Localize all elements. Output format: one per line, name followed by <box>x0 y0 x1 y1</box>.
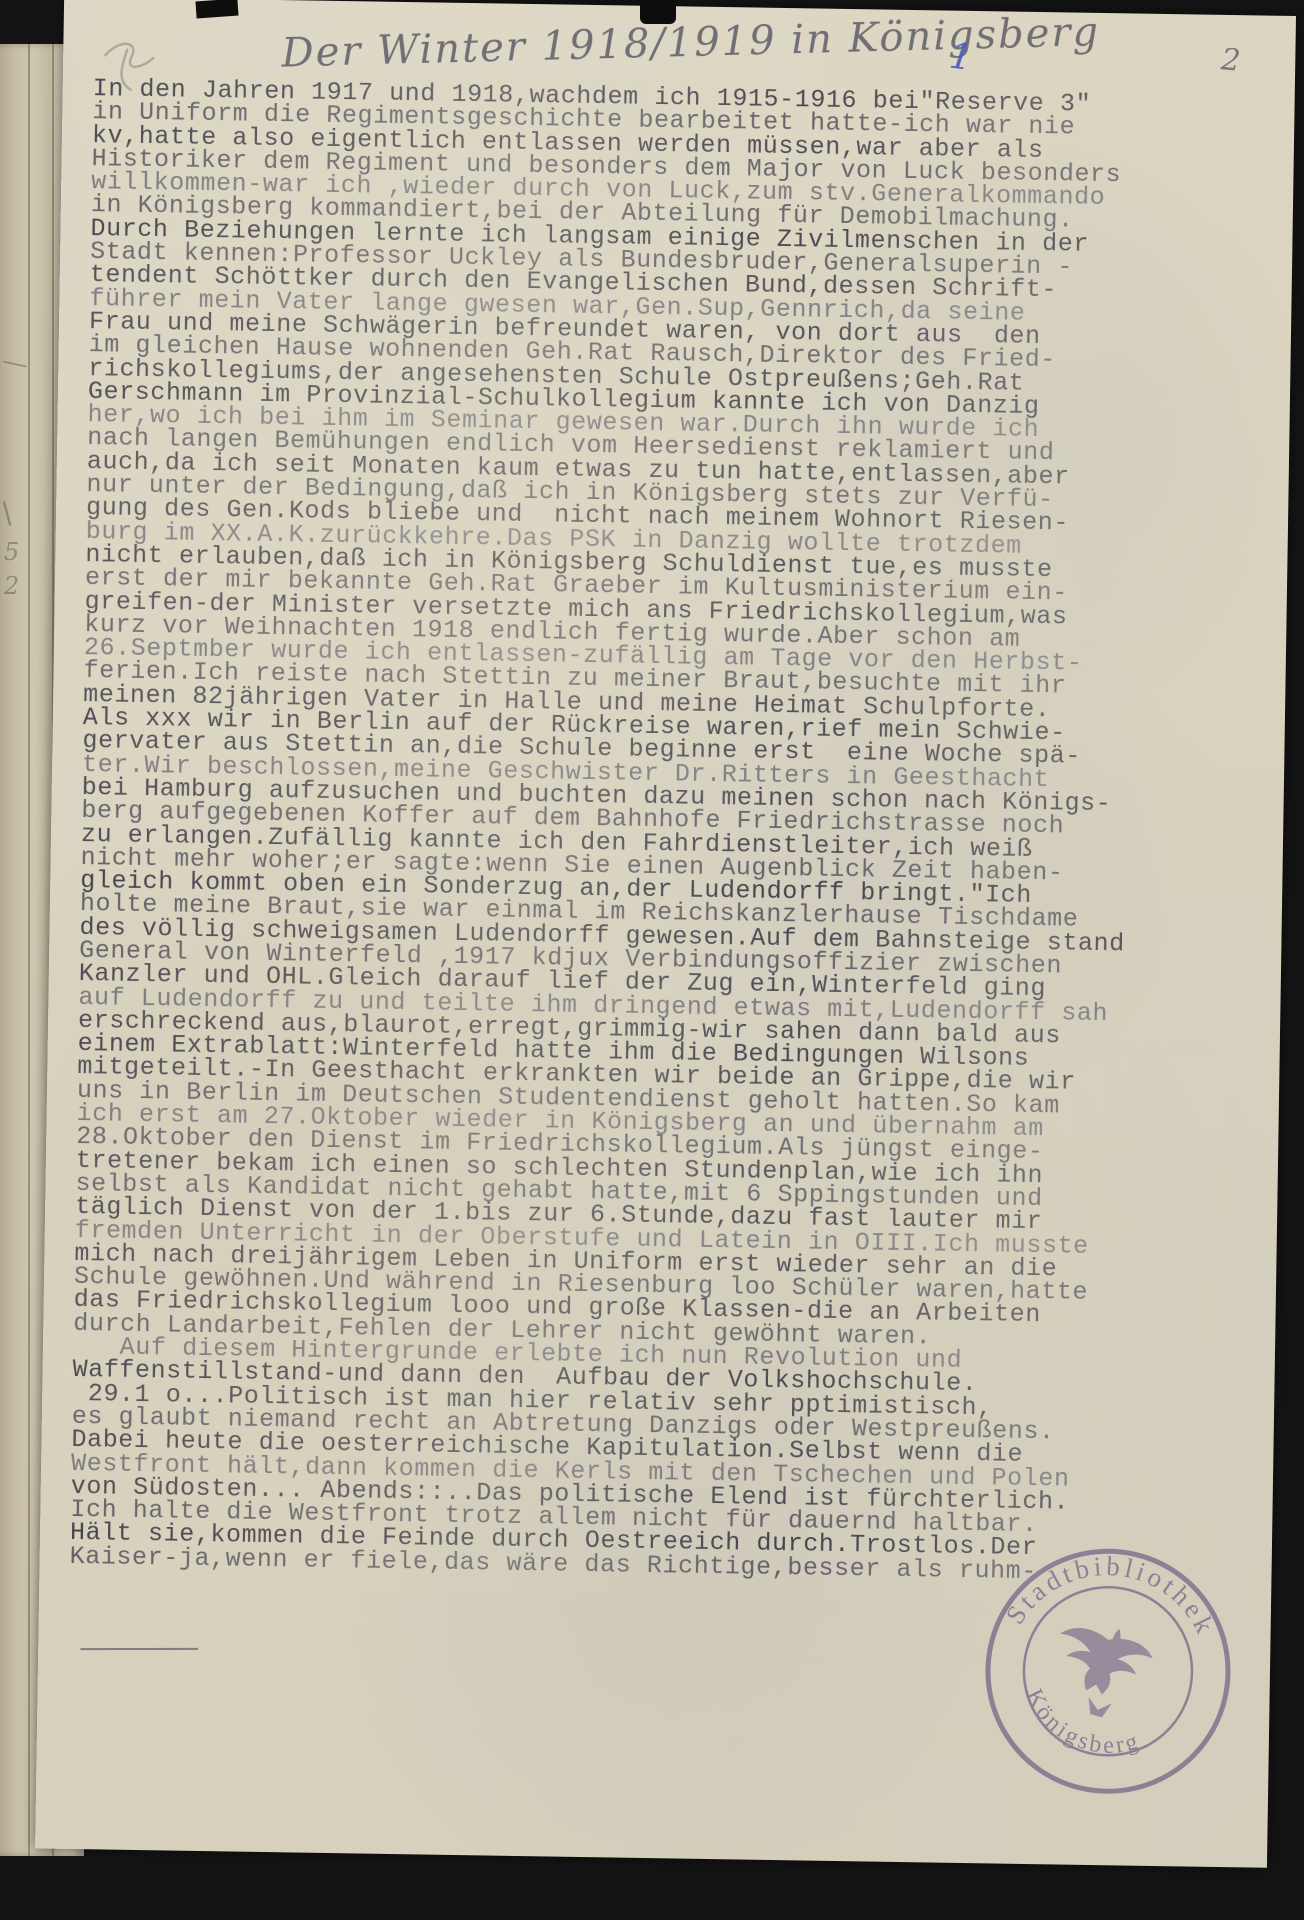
pencil-underline <box>80 1648 198 1650</box>
typed-text: In den Jahren 1917 und 1918,wachdem ich … <box>69 77 1232 1586</box>
page-edge-line <box>28 44 30 1856</box>
handwritten-title: Der Winter 1918/1919 in Königsberg <box>281 15 882 77</box>
binding-notch <box>640 0 676 24</box>
scanned-document: Der Winter 1918/1919 in Königsberg 1 2 I… <box>0 0 1304 1920</box>
document-page: Der Winter 1918/1919 in Königsberg 1 2 I… <box>35 0 1296 1868</box>
margin-mark: 5 <box>4 538 19 566</box>
margin-mark: 2 <box>4 572 19 600</box>
stamp-text-bottom: Königsberg <box>1010 1680 1154 1770</box>
svg-text:Königsberg: Königsberg <box>1010 1680 1154 1770</box>
binding-notch <box>195 0 238 18</box>
stamp-eagle-icon <box>1042 1614 1158 1726</box>
page-number-blue: 1 <box>947 36 975 79</box>
page-number-pencil: 2 <box>1220 42 1242 79</box>
